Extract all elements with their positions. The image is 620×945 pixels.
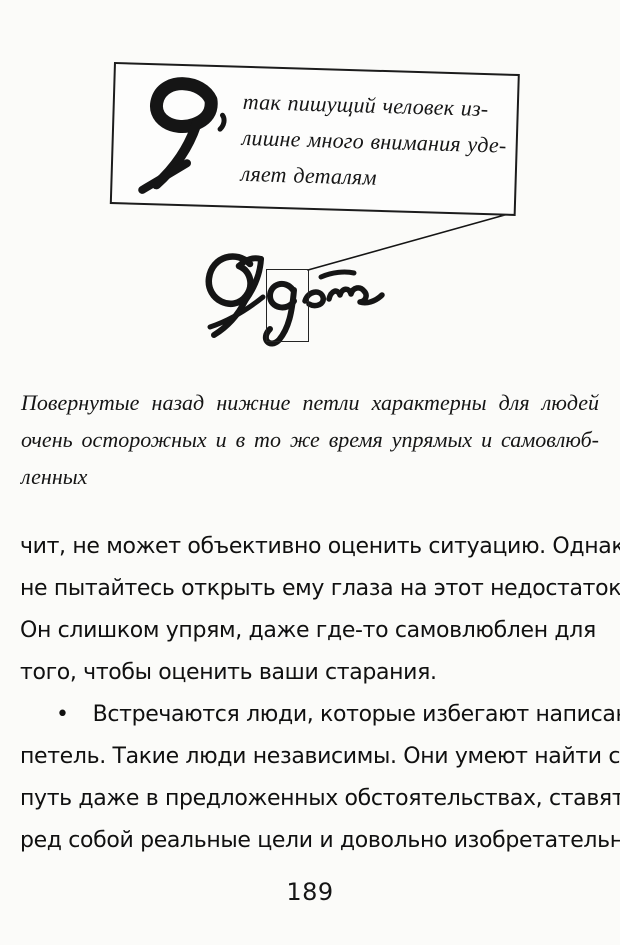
loop-highlight-box bbox=[266, 269, 309, 342]
paragraph-1: чит, не может объективно оценить ситуаци… bbox=[20, 526, 580, 694]
page-number: 189 bbox=[0, 878, 620, 906]
caption-line: Повернутые назад нижние петли характерны… bbox=[21, 384, 599, 421]
body-line: •Встречаются люди, которые избегают напи… bbox=[20, 694, 580, 736]
body-line: того, чтобы оценить ваши старания. bbox=[20, 652, 580, 694]
body-text: чит, не может объективно оценить ситуаци… bbox=[20, 526, 580, 862]
body-line: Он слишком упрям, даже где-то самовлюбле… bbox=[20, 610, 580, 652]
caption-line: ленных bbox=[21, 458, 599, 495]
handwritten-nine-icon bbox=[128, 71, 234, 200]
callout-text: так пишущий человек из- лишне много вним… bbox=[240, 84, 509, 200]
callout-box: так пишущий человек из- лишне много вним… bbox=[110, 62, 520, 216]
body-line: петель. Такие люди независимы. Они умеют… bbox=[20, 736, 580, 778]
body-line: чит, не может объективно оценить ситуаци… bbox=[20, 526, 580, 568]
body-line-text: Встречаются люди, которые избегают напис… bbox=[93, 694, 620, 736]
figure-caption: Повернутые назад нижние петли характерны… bbox=[21, 384, 599, 495]
body-line: ред собой реальные цели и довольно изобр… bbox=[20, 820, 580, 862]
paragraph-2: •Встречаются люди, которые избегают напи… bbox=[20, 694, 580, 862]
bullet-marker: • bbox=[56, 694, 69, 736]
body-line: не пытайтесь открыть ему глаза на этот н… bbox=[20, 568, 580, 610]
body-line: путь даже в предложенных обстоятельствах… bbox=[20, 778, 580, 820]
book-page: так пишущий человек из- лишне много вним… bbox=[0, 0, 620, 945]
caption-line: очень осторожных и в то же время упрямых… bbox=[21, 421, 599, 458]
